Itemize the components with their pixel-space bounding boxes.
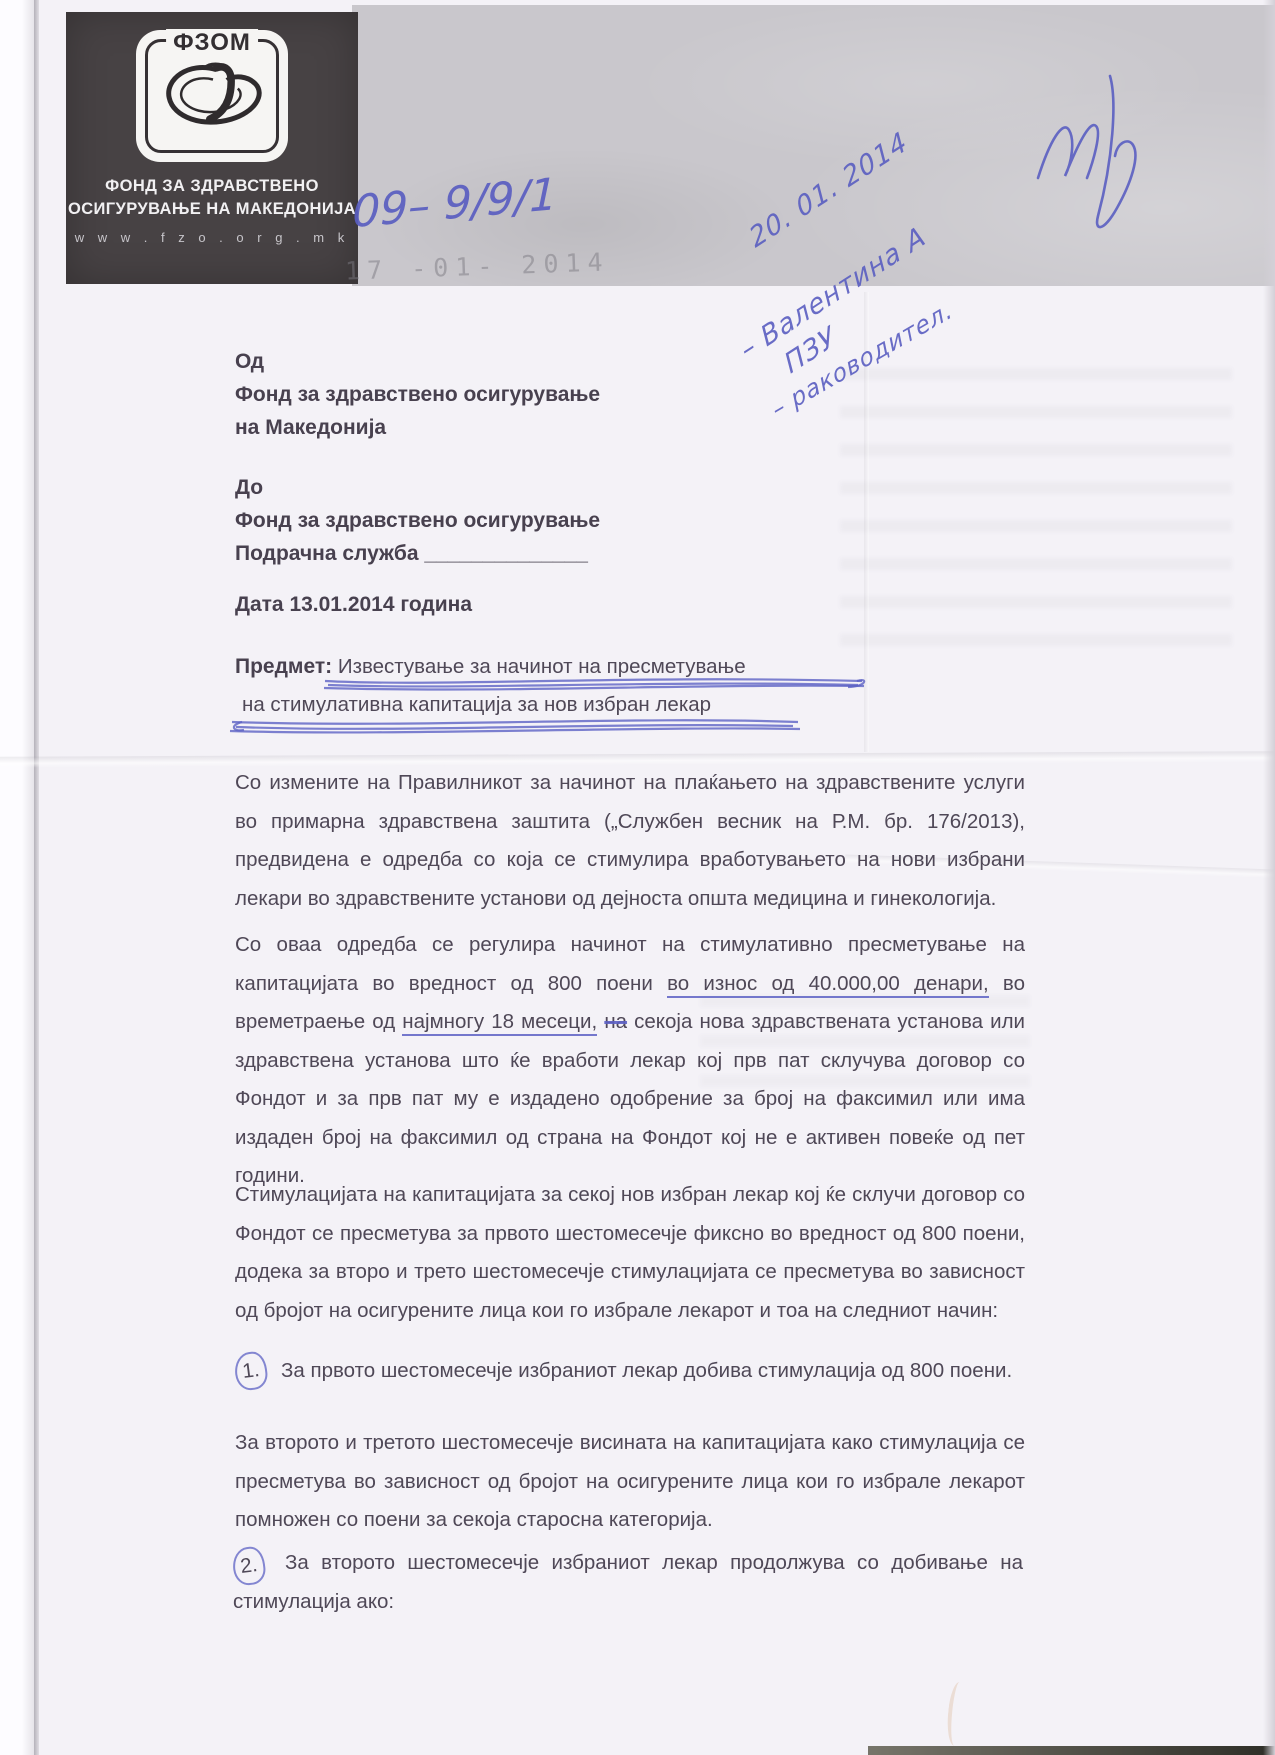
pen-circled-number-1: 1. [233, 1350, 269, 1392]
date-line: Дата 13.01.2014 година [235, 588, 1035, 621]
fzom-logo-block: ФЗОМ ФОНД ЗА ЗДРАВСТВЕНО ОСИГУРУВАЊЕ НА … [66, 12, 358, 284]
paragraph-4: За второто и третото шестомесечје висина… [235, 1424, 1025, 1540]
paragraph-3: Стимулацијата на капитацијата за секој н… [235, 1176, 1025, 1330]
to-line1: Фонд за здравствено осигурување [235, 504, 1035, 537]
paragraph-2: Со оваа одредба се регулира начинот на с… [235, 926, 1025, 1196]
list-item-1-text: За првото шестомесечје избраниот лекар д… [281, 1352, 1012, 1391]
paragraph-1: Со измените на Правилникот за начинот на… [235, 764, 1025, 918]
list-item-2: 2. За второто шестомесечје избраниот лек… [233, 1544, 1023, 1621]
pen-underlined-duration: најмногу 18 месеци, [402, 1010, 597, 1036]
scanner-left-margin [0, 0, 34, 1755]
paragraph-2-text: секоја нова здравствената установа или з… [235, 1010, 1025, 1187]
page-right-shadow [1263, 0, 1275, 1755]
list-item-1: 1. За првото шестомесечје избраниот лека… [235, 1352, 1035, 1391]
bottom-crease-mark [945, 1681, 970, 1747]
pen-struck-word: на [604, 1010, 627, 1033]
to-label: До [235, 471, 1035, 504]
to-line2: Подрачна служба ______________ [235, 537, 1035, 570]
fzom-logo-badge: ФЗОМ [136, 30, 288, 162]
handwritten-signature [1030, 66, 1170, 241]
pen-underline-subject-1 [322, 672, 870, 694]
logo-org-line2: ОСИГУРУВАЊЕ НА МАКЕДОНИЈА [66, 198, 358, 221]
from-line2: на Македонија [235, 411, 1035, 444]
pen-underlined-amount: во износ од 40.000,00 денари, [667, 972, 989, 998]
from-line1: Фонд за здравствено осигурување [235, 378, 1035, 411]
recipient-block: До Фонд за здравствено осигурување Подра… [235, 471, 1035, 570]
pen-underline-subject-2 [228, 712, 806, 736]
subject-label: Предмет: [235, 655, 332, 678]
sender-block: Од Фонд за здравствено осигурување на Ма… [235, 345, 1035, 444]
logo-acronym: ФЗОМ [166, 29, 258, 57]
list-item-2-text: За второто шестомесечје избраниот лекар … [233, 1544, 1023, 1621]
logo-frame: ФЗОМ [145, 39, 279, 153]
logo-website: w w w . f z o . o r g . m k [66, 230, 358, 245]
paper-left-edge [34, 0, 39, 1755]
fzom-swoosh-icon [154, 58, 272, 144]
from-label: Од [235, 345, 1035, 378]
scan-bottom-edge [868, 1746, 1275, 1755]
scanned-letter-page: ФЗОМ ФОНД ЗА ЗДРАВСТВЕНО ОСИГУРУВАЊЕ НА … [0, 0, 1275, 1755]
logo-org-line1: ФОНД ЗА ЗДРАВСТВЕНО [66, 175, 358, 198]
